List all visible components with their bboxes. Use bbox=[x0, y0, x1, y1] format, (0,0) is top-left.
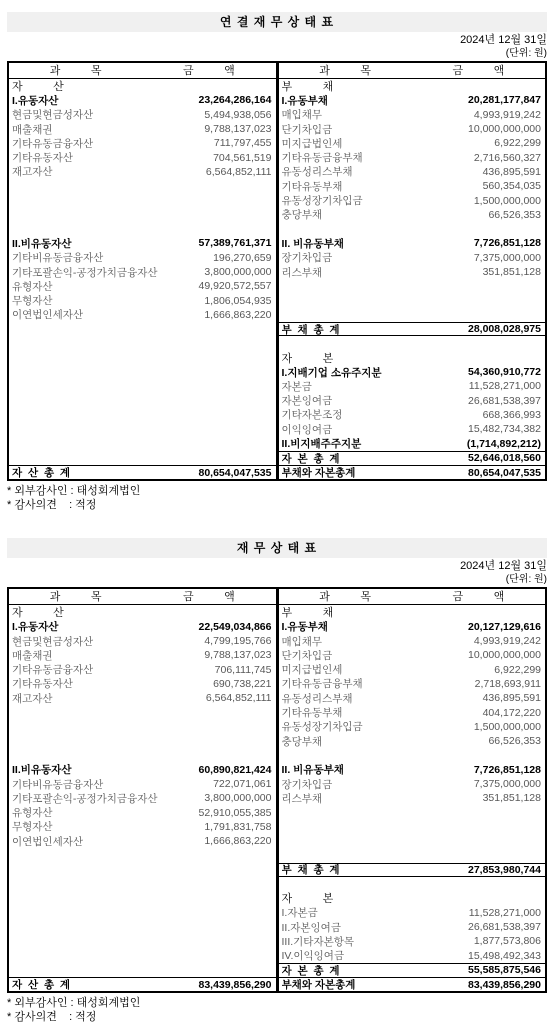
account-label: 자 본 bbox=[282, 891, 542, 905]
account-label: 기타유동금융자산 bbox=[12, 136, 214, 150]
table-row: 매출채권9,788,137,023 bbox=[9, 122, 276, 136]
blank-row bbox=[279, 834, 546, 848]
amount-value: 690,738,221 bbox=[213, 678, 271, 690]
amount-value: 3,800,000,000 bbox=[204, 792, 271, 804]
blank-row bbox=[9, 705, 276, 719]
amount-value: 6,922,299 bbox=[494, 664, 541, 676]
amount-value: 722,071,061 bbox=[213, 778, 271, 790]
table-row: 자본잉여금26,681,538,397 bbox=[279, 394, 546, 408]
account-label: IV.이익잉여금 bbox=[282, 948, 469, 962]
statement-date: 2024년 12월 31일 bbox=[7, 558, 547, 574]
account-label: 미지급법인세 bbox=[282, 663, 495, 677]
table-row: II.비유동자산60,890,821,424 bbox=[9, 763, 276, 777]
table-row: II. 비유동부채7,726,851,128 bbox=[279, 236, 546, 250]
table-row: 기타자본조정668,366,993 bbox=[279, 408, 546, 422]
table-row: 무형자산1,791,831,758 bbox=[9, 820, 276, 834]
account-label: 이익잉여금 bbox=[282, 422, 469, 436]
amount-value: 26,681,538,397 bbox=[468, 921, 541, 933]
amount-value: 23,264,286,164 bbox=[199, 94, 272, 106]
account-label: 리스부채 bbox=[282, 791, 483, 805]
account-label: 유동성장기차입금 bbox=[282, 720, 474, 734]
assets-column: 과 목 금 액 자 산I.유동자산22,549,034,866현금및현금성자산4… bbox=[9, 589, 278, 991]
account-label: 기타포괄손익-공정가치금융자산 bbox=[12, 265, 204, 279]
table-row: 기타유동금융자산706,111,745 bbox=[9, 663, 276, 677]
footnotes: * 외부감사인 : 태성회계법인 * 감사의견 : 적정 bbox=[7, 484, 547, 512]
account-label: 부채와 자본총계 bbox=[282, 977, 469, 991]
table-row: 장기차입금7,375,000,000 bbox=[279, 777, 546, 791]
table-row: 자 본 bbox=[279, 351, 546, 365]
table-row: 충당부채66,526,353 bbox=[279, 208, 546, 222]
account-label: II.비유동자산 bbox=[12, 763, 199, 777]
auditor-footnote: * 외부감사인 : 태성회계법인 bbox=[7, 996, 547, 1010]
amount-value: 55,585,875,546 bbox=[468, 964, 541, 976]
account-label: I.자본금 bbox=[282, 906, 469, 920]
amount-value: 9,788,137,023 bbox=[204, 649, 271, 661]
table-row: 이연법인세자산1,666,863,220 bbox=[9, 308, 276, 322]
statement-title: 연 결 재 무 상 태 표 bbox=[7, 12, 547, 32]
amount-value: 80,654,047,535 bbox=[468, 467, 541, 479]
table-row: I.유동자산22,549,034,866 bbox=[9, 620, 276, 634]
account-label: II. 비유동부채 bbox=[282, 236, 474, 250]
table-row: II.비유동자산57,389,761,371 bbox=[9, 236, 276, 250]
statement-title: 재 무 상 태 표 bbox=[7, 538, 547, 558]
amount-value: 52,646,018,560 bbox=[468, 452, 541, 464]
opinion-footnote: * 감사의견 : 적정 bbox=[7, 1010, 547, 1024]
table-row: 매입채무4,993,919,242 bbox=[279, 108, 546, 122]
separate-statement: 재 무 상 태 표 2024년 12월 31일 (단위: 원) 과 목 금 액 … bbox=[7, 538, 547, 1024]
blank-row bbox=[9, 734, 276, 748]
table-row: 이연법인세자산1,666,863,220 bbox=[9, 834, 276, 848]
account-label: 유형자산 bbox=[12, 805, 199, 819]
account-label: 유동성장기차입금 bbox=[282, 193, 474, 207]
amount-value: 704,561,519 bbox=[213, 152, 271, 164]
table-row: 기타포괄손익-공정가치금융자산3,800,000,000 bbox=[9, 265, 276, 279]
table-row: 기타비유동금융자산196,270,659 bbox=[9, 251, 276, 265]
amount-value: 1,666,863,220 bbox=[204, 309, 271, 321]
amount-value: 1,666,863,220 bbox=[204, 835, 271, 847]
assets-column: 과 목 금 액 자 산I.유동자산23,264,286,164현금및현금성자산5… bbox=[9, 63, 278, 479]
amount-value: 351,851,128 bbox=[483, 792, 541, 804]
account-label: I.유동부채 bbox=[282, 93, 469, 107]
amount-value: 80,654,047,535 bbox=[199, 467, 272, 479]
account-label: 기타유동자산 bbox=[12, 677, 213, 691]
account-label: II.비지배주주지분 bbox=[282, 436, 467, 450]
amount-value: 66,526,353 bbox=[488, 209, 541, 221]
table-row: 유형자산52,910,055,385 bbox=[9, 805, 276, 819]
table-row: 재고자산6,564,852,111 bbox=[9, 691, 276, 705]
amount-value: 436,895,591 bbox=[483, 692, 541, 704]
amount-value: 52,910,055,385 bbox=[199, 807, 272, 819]
blank-row bbox=[279, 848, 546, 862]
blank-row bbox=[9, 222, 276, 236]
amount-value: 83,439,856,290 bbox=[468, 979, 541, 991]
balance-sheet-table: 과 목 금 액 자 산I.유동자산22,549,034,866현금및현금성자산4… bbox=[7, 587, 547, 993]
account-label: 부 채 bbox=[282, 79, 542, 93]
amount-value: 6,564,852,111 bbox=[206, 166, 272, 178]
account-label: 기타비유동금융자산 bbox=[12, 251, 213, 265]
account-header: 과 목 bbox=[279, 63, 412, 78]
amount-value: 560,354,035 bbox=[483, 180, 541, 192]
account-label: 기타자본조정 bbox=[282, 408, 483, 422]
account-label: 단기차입금 bbox=[282, 122, 469, 136]
amount-value: 9,788,137,023 bbox=[204, 123, 271, 135]
amount-value: 66,526,353 bbox=[488, 735, 541, 747]
account-label: 무형자산 bbox=[12, 820, 204, 834]
amount-value: 20,281,177,847 bbox=[468, 94, 541, 106]
amount-value: 54,360,910,772 bbox=[468, 366, 541, 378]
blank-row bbox=[9, 394, 276, 408]
amount-value: 22,549,034,866 bbox=[199, 621, 272, 633]
amount-value: 27,853,980,744 bbox=[468, 864, 541, 876]
account-label: I.지배기업 소유주지분 bbox=[282, 365, 469, 379]
table-row: 리스부채351,851,128 bbox=[279, 791, 546, 805]
account-label: 자 본 총 계 bbox=[282, 451, 469, 465]
account-label: 이연법인세자산 bbox=[12, 834, 204, 848]
amount-value: 711,797,455 bbox=[214, 137, 272, 149]
blank-row bbox=[9, 848, 276, 862]
account-label: 자 본 총 계 bbox=[282, 963, 469, 977]
blank-row bbox=[279, 279, 546, 293]
blank-row bbox=[279, 222, 546, 236]
account-label: 기타유동금융자산 bbox=[12, 663, 215, 677]
account-label: 현금및현금성자산 bbox=[12, 108, 204, 122]
blank-row bbox=[9, 365, 276, 379]
amount-value: 1,500,000,000 bbox=[474, 721, 541, 733]
amount-value: 26,681,538,397 bbox=[468, 395, 541, 407]
account-label: 부채와 자본총계 bbox=[282, 465, 469, 479]
blank-row bbox=[9, 748, 276, 762]
blank-row bbox=[279, 820, 546, 834]
blank-row bbox=[9, 920, 276, 934]
account-label: 매입채무 bbox=[282, 634, 474, 648]
account-label: I.유동자산 bbox=[12, 620, 199, 634]
amount-value: 28,008,028,975 bbox=[468, 323, 541, 335]
table-row: 자 산 총 계83,439,856,290 bbox=[9, 977, 276, 991]
account-label: 이연법인세자산 bbox=[12, 308, 204, 322]
amount-value: 7,375,000,000 bbox=[474, 778, 541, 790]
blank-row bbox=[9, 891, 276, 905]
account-label: 장기차입금 bbox=[282, 777, 474, 791]
blank-row bbox=[9, 422, 276, 436]
account-label: 매출채권 bbox=[12, 122, 204, 136]
liabilities-equity-column: 과 목 금 액 부 채I.유동부채20,281,177,847매입채무4,993… bbox=[278, 63, 546, 479]
account-label: 매출채권 bbox=[12, 648, 204, 662]
table-row: 매출채권9,788,137,023 bbox=[9, 648, 276, 662]
table-row: 장기차입금7,375,000,000 bbox=[279, 251, 546, 265]
table-row: II.비지배주주지분(1,714,892,212) bbox=[279, 436, 546, 450]
blank-row bbox=[9, 863, 276, 877]
account-label: 유동성리스부채 bbox=[282, 165, 483, 179]
amount-value: 4,799,195,766 bbox=[204, 635, 271, 647]
account-label: II.비유동자산 bbox=[12, 236, 199, 250]
account-label: 충당부채 bbox=[282, 734, 489, 748]
table-row: 유동성장기차입금1,500,000,000 bbox=[279, 193, 546, 207]
account-label: 자 산 bbox=[12, 605, 272, 619]
account-header: 과 목 bbox=[279, 589, 412, 604]
amount-value: 49,920,572,557 bbox=[199, 280, 272, 292]
table-row: 부 채 총 계27,853,980,744 bbox=[279, 863, 546, 877]
account-label: 기타유동부채 bbox=[282, 705, 483, 719]
table-row: 기타유동금융부채2,716,560,327 bbox=[279, 150, 546, 164]
amount-value: 7,726,851,128 bbox=[474, 237, 541, 249]
amount-value: 15,482,734,382 bbox=[468, 423, 541, 435]
amount-value: 6,922,299 bbox=[494, 137, 541, 149]
amount-header: 금 액 bbox=[142, 63, 275, 78]
table-row: I.유동부채20,281,177,847 bbox=[279, 93, 546, 107]
account-label: 자 산 총 계 bbox=[12, 465, 199, 479]
account-label: 기타유동부채 bbox=[282, 179, 483, 193]
table-row: 자 본 총 계55,585,875,546 bbox=[279, 963, 546, 977]
amount-value: 668,366,993 bbox=[483, 409, 541, 421]
amount-value: 3,800,000,000 bbox=[204, 266, 271, 278]
amount-header: 금 액 bbox=[412, 63, 545, 78]
account-label: 유형자산 bbox=[12, 279, 199, 293]
table-row: 기타유동부채404,172,220 bbox=[279, 705, 546, 719]
financial-report-sheet: 연 결 재 무 상 태 표 2024년 12월 31일 (단위: 원) 과 목 … bbox=[0, 0, 554, 1024]
account-label: 매입채무 bbox=[282, 108, 474, 122]
table-row: 자본금11,528,271,000 bbox=[279, 379, 546, 393]
amount-value: 4,993,919,242 bbox=[474, 109, 541, 121]
table-row: 기타유동금융자산711,797,455 bbox=[9, 136, 276, 150]
statement-date: 2024년 12월 31일 bbox=[7, 32, 547, 48]
account-label: 기타포괄손익-공정가치금융자산 bbox=[12, 791, 204, 805]
account-label: 자본잉여금 bbox=[282, 394, 469, 408]
opinion-footnote: * 감사의견 : 적정 bbox=[7, 498, 547, 512]
account-label: 현금및현금성자산 bbox=[12, 634, 204, 648]
column-header: 과 목 금 액 bbox=[9, 63, 276, 79]
table-row: 자 산 bbox=[9, 605, 276, 619]
account-label: 기타유동금융부채 bbox=[282, 150, 474, 164]
amount-value: 7,726,851,128 bbox=[474, 764, 541, 776]
table-row: 재고자산6,564,852,111 bbox=[9, 165, 276, 179]
account-header: 과 목 bbox=[9, 63, 142, 78]
table-row: 유동성장기차입금1,500,000,000 bbox=[279, 720, 546, 734]
table-row: 자 본 총 계52,646,018,560 bbox=[279, 451, 546, 465]
account-label: 재고자산 bbox=[12, 691, 206, 705]
statement-unit: (단위: 원) bbox=[7, 574, 547, 586]
amount-value: 1,877,573,806 bbox=[474, 935, 541, 947]
table-row: 자 산 bbox=[9, 79, 276, 93]
blank-row bbox=[9, 336, 276, 350]
blank-row bbox=[9, 208, 276, 222]
amount-value: 1,806,054,935 bbox=[204, 295, 271, 307]
table-row: 부 채 bbox=[279, 79, 546, 93]
blank-row bbox=[9, 948, 276, 962]
blank-row bbox=[279, 293, 546, 307]
blank-row bbox=[279, 805, 546, 819]
account-label: 부 채 총 계 bbox=[282, 863, 469, 877]
table-row: 유형자산49,920,572,557 bbox=[9, 279, 276, 293]
table-row: 기타유동자산690,738,221 bbox=[9, 677, 276, 691]
balance-sheet-table: 과 목 금 액 자 산I.유동자산23,264,286,164현금및현금성자산5… bbox=[7, 61, 547, 481]
table-row: 자 산 총 계80,654,047,535 bbox=[9, 465, 276, 479]
amount-value: 5,494,938,056 bbox=[204, 109, 271, 121]
table-row: 단기차입금10,000,000,000 bbox=[279, 122, 546, 136]
account-label: 자 산 총 계 bbox=[12, 977, 199, 991]
amount-value: 15,498,492,343 bbox=[468, 950, 541, 962]
auditor-footnote: * 외부감사인 : 태성회계법인 bbox=[7, 484, 547, 498]
table-row: 부채와 자본총계83,439,856,290 bbox=[279, 977, 546, 991]
column-header: 과 목 금 액 bbox=[279, 63, 546, 79]
table-row: 단기차입금10,000,000,000 bbox=[279, 648, 546, 662]
account-label: 자 산 bbox=[12, 79, 272, 93]
amount-value: 436,895,591 bbox=[483, 166, 541, 178]
blank-row bbox=[9, 720, 276, 734]
amount-value: 10,000,000,000 bbox=[468, 649, 541, 661]
amount-header: 금 액 bbox=[412, 589, 545, 604]
table-row: 자 본 bbox=[279, 891, 546, 905]
account-label: 자본금 bbox=[282, 379, 469, 393]
table-row: 기타유동자산704,561,519 bbox=[9, 150, 276, 164]
consolidated-statement: 연 결 재 무 상 태 표 2024년 12월 31일 (단위: 원) 과 목 … bbox=[7, 12, 547, 512]
account-label: 기타유동금융부채 bbox=[282, 677, 475, 691]
account-label: 무형자산 bbox=[12, 293, 204, 307]
account-label: 리스부채 bbox=[282, 265, 483, 279]
blank-row bbox=[9, 379, 276, 393]
account-label: III.기타자본항목 bbox=[282, 934, 474, 948]
blank-row bbox=[9, 451, 276, 465]
account-label: II.자본잉여금 bbox=[282, 920, 469, 934]
table-row: 기타비유동금융자산722,071,061 bbox=[9, 777, 276, 791]
table-row: 리스부채351,851,128 bbox=[279, 265, 546, 279]
blank-row bbox=[9, 436, 276, 450]
account-label: 미지급법인세 bbox=[282, 136, 495, 150]
amount-value: 83,439,856,290 bbox=[199, 979, 272, 991]
amount-value: 351,851,128 bbox=[483, 266, 541, 278]
blank-row bbox=[9, 351, 276, 365]
amount-value: (1,714,892,212) bbox=[467, 438, 541, 450]
blank-row bbox=[9, 934, 276, 948]
amount-value: 1,500,000,000 bbox=[474, 195, 541, 207]
blank-row bbox=[9, 322, 276, 336]
table-row: I.유동부채20,127,129,616 bbox=[279, 620, 546, 634]
table-row: 부채와 자본총계80,654,047,535 bbox=[279, 465, 546, 479]
blank-row bbox=[9, 877, 276, 891]
table-row: 기타유동금융부채2,718,693,911 bbox=[279, 677, 546, 691]
account-label: 자 본 bbox=[282, 351, 542, 365]
column-header: 과 목 금 액 bbox=[9, 589, 276, 605]
blank-row bbox=[279, 748, 546, 762]
table-row: 유동성리스부채436,895,591 bbox=[279, 691, 546, 705]
blank-row bbox=[9, 963, 276, 977]
account-label: II. 비유동부채 bbox=[282, 763, 474, 777]
account-label: 재고자산 bbox=[12, 165, 206, 179]
table-row: 현금및현금성자산5,494,938,056 bbox=[9, 108, 276, 122]
table-row: II.자본잉여금26,681,538,397 bbox=[279, 920, 546, 934]
table-row: III.기타자본항목1,877,573,806 bbox=[279, 934, 546, 948]
blank-row bbox=[279, 336, 546, 350]
table-row: 충당부채66,526,353 bbox=[279, 734, 546, 748]
blank-row bbox=[9, 906, 276, 920]
table-row: 유동성리스부채436,895,591 bbox=[279, 165, 546, 179]
table-row: 부 채 총 계28,008,028,975 bbox=[279, 322, 546, 336]
amount-value: 10,000,000,000 bbox=[468, 123, 541, 135]
table-row: 현금및현금성자산4,799,195,766 bbox=[9, 634, 276, 648]
account-header: 과 목 bbox=[9, 589, 142, 604]
table-row: 매입채무4,993,919,242 bbox=[279, 634, 546, 648]
table-row: 부 채 bbox=[279, 605, 546, 619]
blank-row bbox=[279, 877, 546, 891]
account-label: 단기차입금 bbox=[282, 648, 469, 662]
account-label: I.유동자산 bbox=[12, 93, 199, 107]
account-label: I.유동부채 bbox=[282, 620, 469, 634]
statement-unit: (단위: 원) bbox=[7, 48, 547, 60]
amount-value: 2,716,560,327 bbox=[474, 152, 541, 164]
blank-row bbox=[9, 408, 276, 422]
account-label: 부 채 bbox=[282, 605, 542, 619]
column-header: 과 목 금 액 bbox=[279, 589, 546, 605]
amount-value: 57,389,761,371 bbox=[199, 237, 272, 249]
liabilities-equity-column: 과 목 금 액 부 채I.유동부채20,127,129,616매입채무4,993… bbox=[278, 589, 546, 991]
amount-value: 4,993,919,242 bbox=[474, 635, 541, 647]
amount-value: 404,172,220 bbox=[483, 707, 541, 719]
table-row: 미지급법인세6,922,299 bbox=[279, 663, 546, 677]
amount-value: 11,528,271,000 bbox=[469, 907, 541, 919]
table-row: IV.이익잉여금15,498,492,343 bbox=[279, 948, 546, 962]
amount-value: 6,564,852,111 bbox=[206, 692, 272, 704]
amount-value: 7,375,000,000 bbox=[474, 252, 541, 264]
amount-value: 196,270,659 bbox=[213, 252, 271, 264]
amount-value: 20,127,129,616 bbox=[468, 621, 541, 633]
table-row: 이익잉여금15,482,734,382 bbox=[279, 422, 546, 436]
account-label: 장기차입금 bbox=[282, 251, 474, 265]
account-label: 기타유동자산 bbox=[12, 150, 213, 164]
table-row: 미지급법인세6,922,299 bbox=[279, 136, 546, 150]
amount-value: 706,111,745 bbox=[215, 664, 272, 676]
blank-row bbox=[9, 193, 276, 207]
amount-value: 60,890,821,424 bbox=[199, 764, 272, 776]
table-row: 기타포괄손익-공정가치금융자산3,800,000,000 bbox=[9, 791, 276, 805]
account-label: 부 채 총 계 bbox=[282, 322, 469, 336]
table-row: I.지배기업 소유주지분54,360,910,772 bbox=[279, 365, 546, 379]
account-label: 충당부채 bbox=[282, 208, 489, 222]
table-row: I.자본금11,528,271,000 bbox=[279, 906, 546, 920]
amount-value: 11,528,271,000 bbox=[469, 380, 541, 392]
footnotes: * 외부감사인 : 태성회계법인 * 감사의견 : 적정 bbox=[7, 996, 547, 1024]
table-row: II. 비유동부채7,726,851,128 bbox=[279, 763, 546, 777]
amount-header: 금 액 bbox=[142, 589, 275, 604]
account-label: 유동성리스부채 bbox=[282, 691, 483, 705]
table-row: 무형자산1,806,054,935 bbox=[9, 293, 276, 307]
account-label: 기타비유동금융자산 bbox=[12, 777, 213, 791]
blank-row bbox=[9, 179, 276, 193]
blank-row bbox=[279, 308, 546, 322]
amount-value: 1,791,831,758 bbox=[204, 821, 271, 833]
table-row: I.유동자산23,264,286,164 bbox=[9, 93, 276, 107]
amount-value: 2,718,693,911 bbox=[475, 678, 541, 690]
table-row: 기타유동부채560,354,035 bbox=[279, 179, 546, 193]
